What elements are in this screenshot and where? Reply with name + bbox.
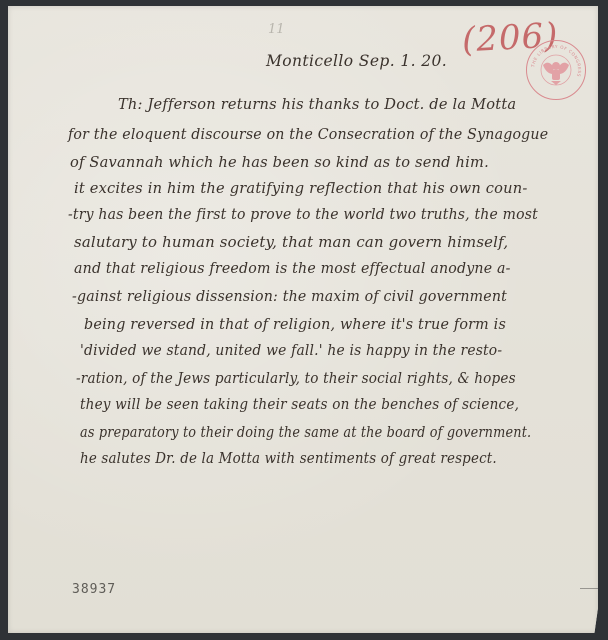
letter-line: for the eloquent discourse on the Consec… bbox=[68, 126, 548, 143]
letter-line: being reversed in that of religion, wher… bbox=[84, 316, 506, 333]
letter-line: Th: Jefferson returns his thanks to Doct… bbox=[118, 96, 516, 113]
accession-number: 38937 bbox=[72, 582, 116, 597]
letter-line: -try has been the first to prove to the … bbox=[68, 206, 538, 223]
letter-body: Monticello Sep. 1. 20. Th: Jefferson ret… bbox=[0, 0, 608, 640]
letter-line: -ration, of the Jews particularly, to th… bbox=[76, 370, 516, 387]
letter-line: and that religious freedom is the most e… bbox=[74, 260, 511, 277]
letter-line: salutary to human society, that man can … bbox=[74, 234, 508, 251]
letter-line: 'divided we stand, united we fall.' he i… bbox=[80, 342, 502, 359]
letter-line: -gainst religious dissension: the maxim … bbox=[72, 288, 507, 305]
letter-line: he salutes Dr. de la Motta with sentimen… bbox=[80, 450, 497, 467]
dateline: Monticello Sep. 1. 20. bbox=[266, 52, 447, 70]
letter-line: of Savannah which he has been so kind as… bbox=[70, 154, 489, 171]
letter-line: they will be seen taking their seats on … bbox=[80, 396, 519, 413]
letter-line: it excites in him the gratifying reflect… bbox=[74, 180, 527, 197]
scanned-document: 11 (206) THE LIBRARY OF CONGRESS Montice… bbox=[0, 0, 608, 640]
letter-line: as preparatory to their doing the same a… bbox=[80, 424, 531, 441]
